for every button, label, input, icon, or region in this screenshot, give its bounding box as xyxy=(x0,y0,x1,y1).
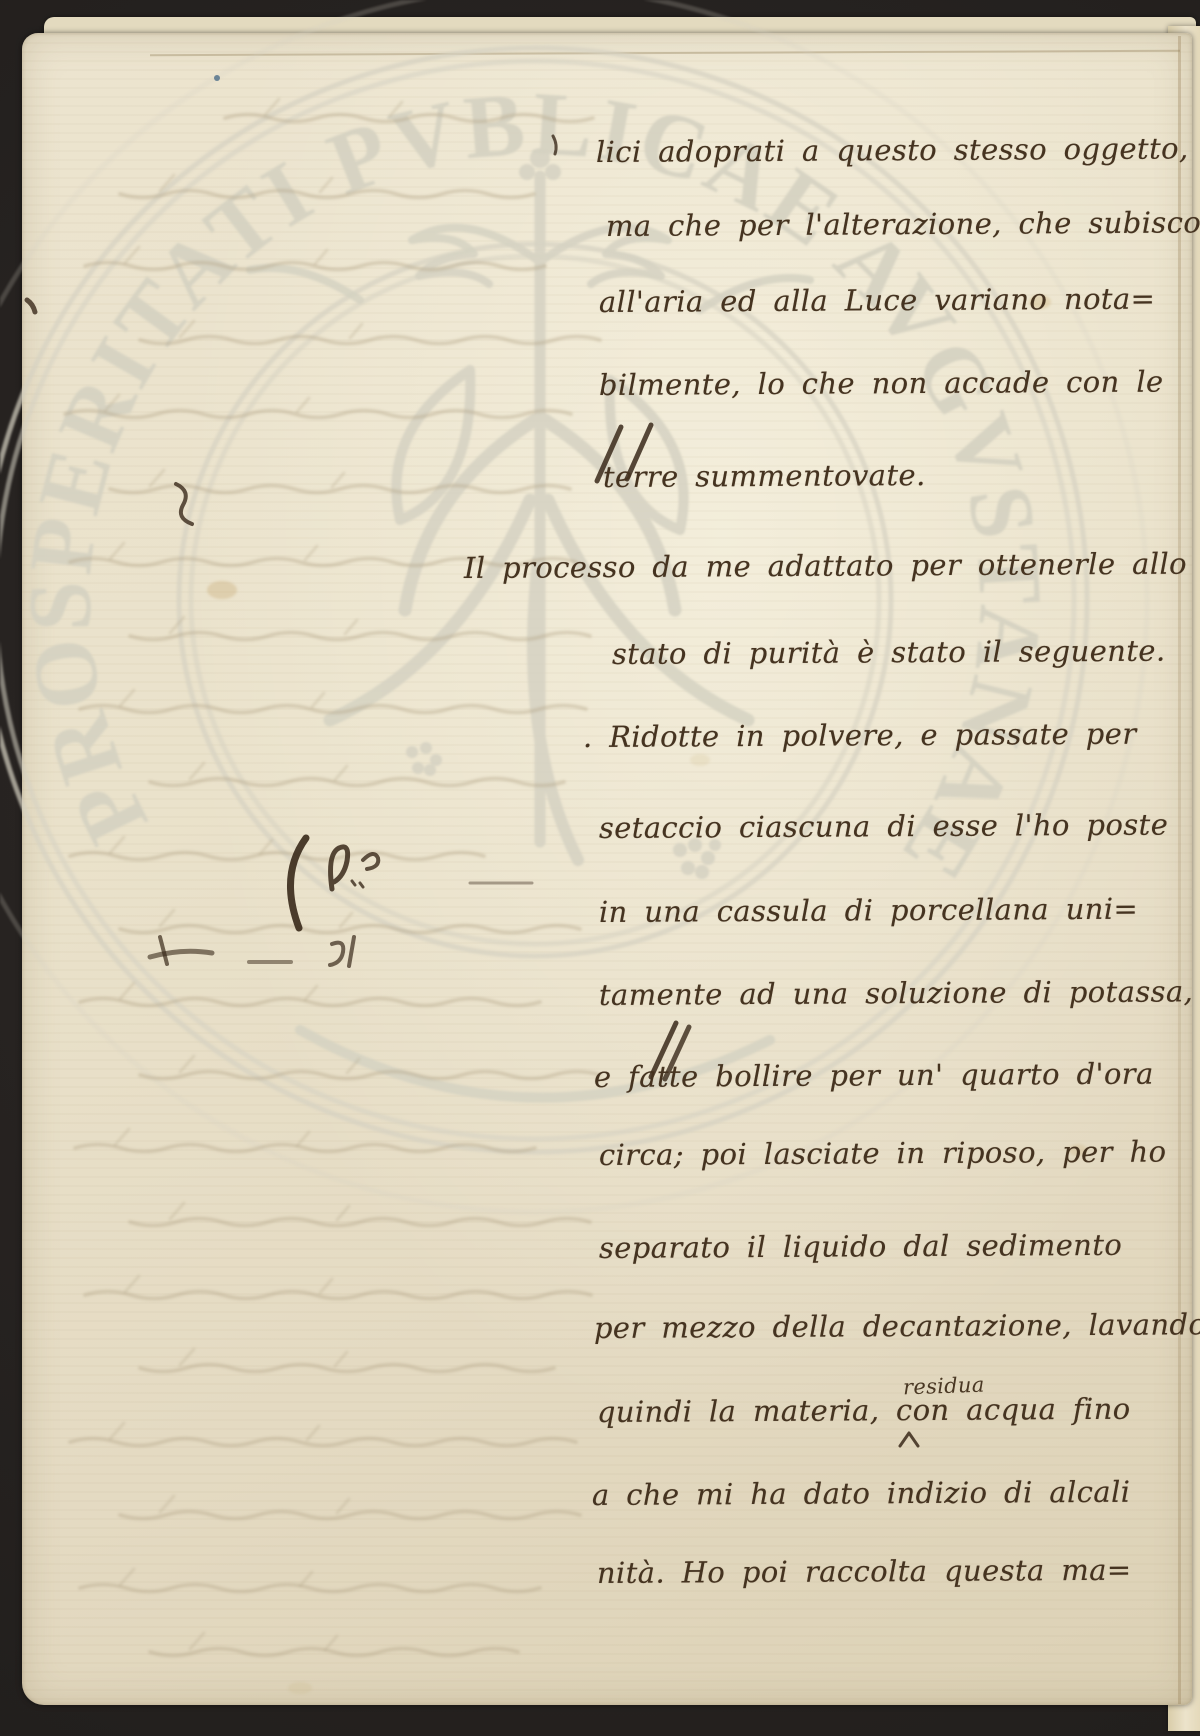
manuscript-line: setaccio ciascuna di esse l'ho poste xyxy=(599,808,1169,845)
manuscript-line: per mezzo della decantazione, lavando xyxy=(594,1307,1200,1345)
page-fold-edge xyxy=(1178,36,1181,1704)
manuscript-line: e fatte bollire per un' quarto d'ora xyxy=(594,1057,1154,1094)
manuscript-line: . Ridotte in polvere, e passate per xyxy=(583,717,1137,754)
manuscript-line: Il processo da me adattato per ottenerle… xyxy=(464,547,1187,585)
manuscript-line: a che mi ha dato indizio di alcali xyxy=(592,1475,1131,1512)
interlinear-insertion: residua xyxy=(903,1373,985,1400)
manuscript-line: ma che per l'alterazione, che subiscono xyxy=(606,205,1200,243)
manuscript-line: terre summentovate. xyxy=(603,458,926,494)
manuscript-line: circa; poi lasciate in riposo, per ho xyxy=(599,1135,1167,1172)
manuscript-line: nità. Ho poi raccolta questa ma= xyxy=(597,1553,1132,1590)
manuscript-line: all'aria ed alla Luce variano nota= xyxy=(599,282,1156,319)
manuscript-line: bilmente, lo che non accade con le xyxy=(599,365,1164,402)
manuscript-line: quindi la materia, con acqua fino xyxy=(597,1392,1131,1429)
scanned-page-stage: PROSPERITATI PVBLICAE AVGVSTANAE lici ad… xyxy=(0,0,1200,1736)
manuscript-line: separato il liquido dal sedimento xyxy=(599,1228,1123,1265)
manuscript-line: in una cassula di porcellana uni= xyxy=(599,892,1138,929)
manuscript-line: lici adoprati a questo stesso oggetto, xyxy=(596,131,1189,169)
manuscript-line: stato di purità è stato il seguente. xyxy=(612,634,1166,671)
manuscript-line: tamente ad una soluzione di potassa, xyxy=(599,974,1194,1012)
